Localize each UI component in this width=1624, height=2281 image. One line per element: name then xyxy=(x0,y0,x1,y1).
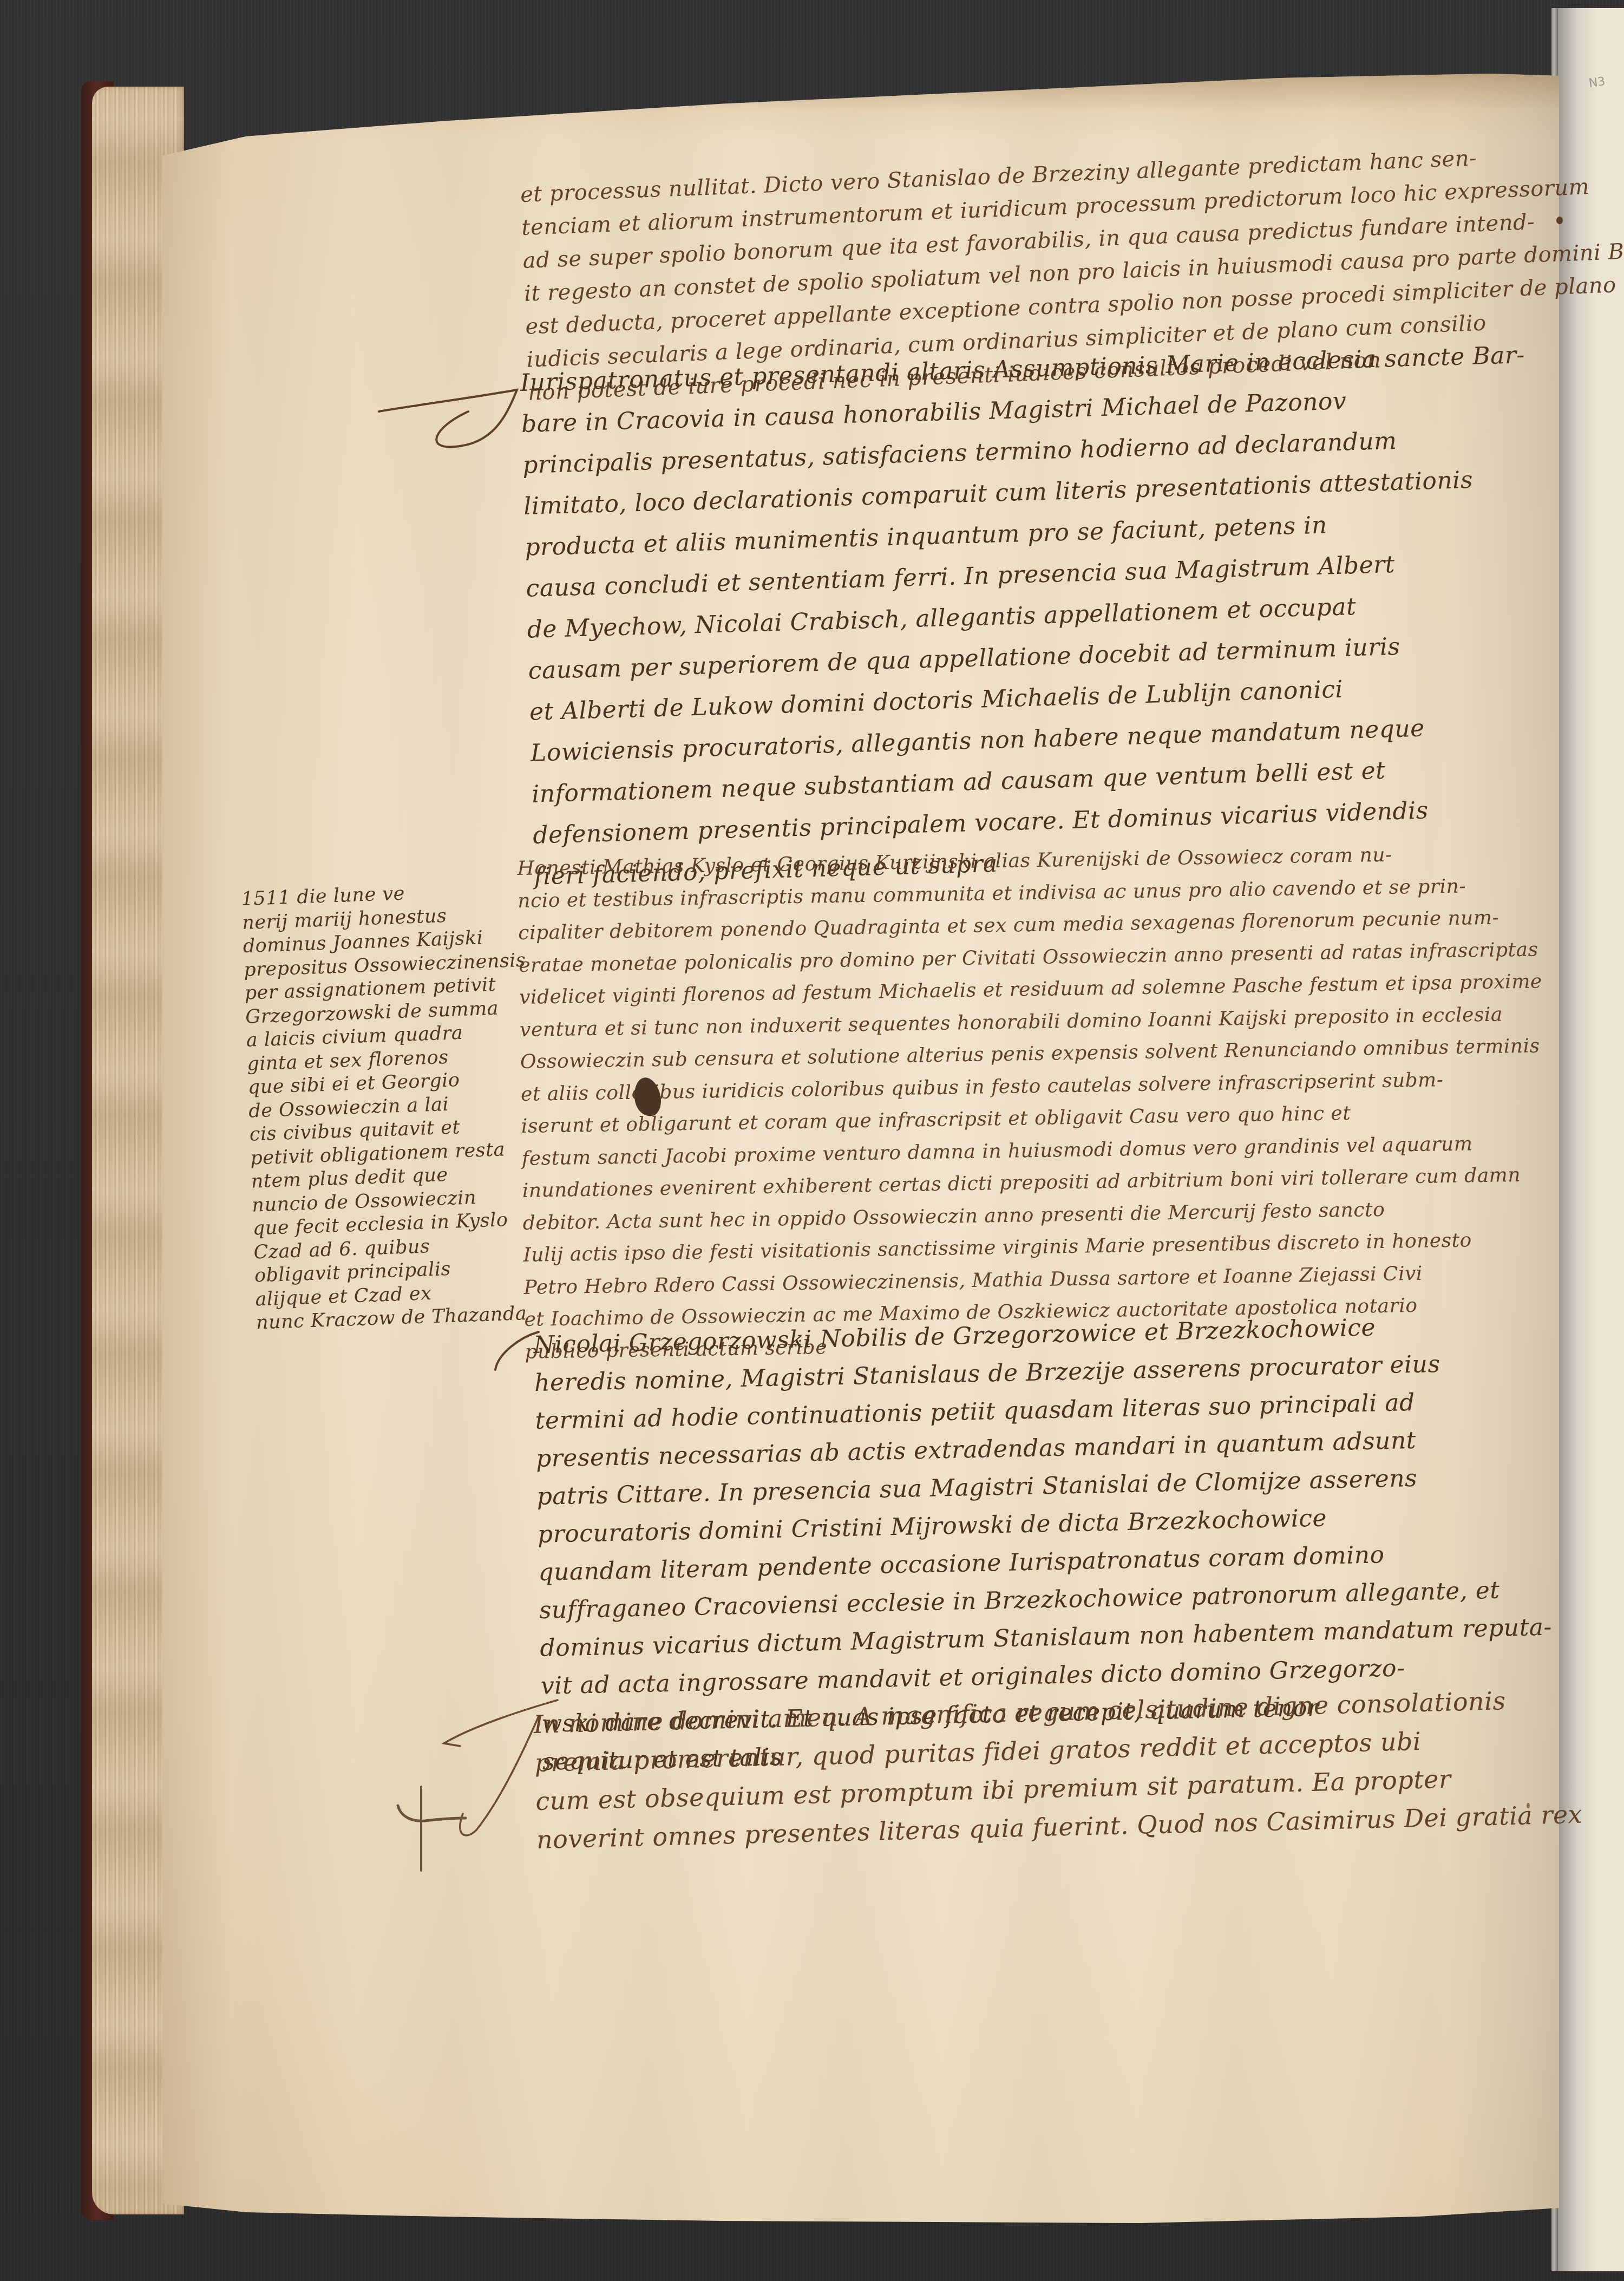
text-block-in-nomine: In nomine domini amen. A magnifica regum… xyxy=(533,1680,1583,1859)
text-block-ossowiec: Honesti Mathias Kyslo et Georgius Kurzij… xyxy=(517,836,1548,1368)
facing-page-mark: N3 xyxy=(1588,75,1606,90)
marginal-note: 1511 die lune ve nerij mariij honestus d… xyxy=(241,878,539,1335)
paragraph-flourish-icon xyxy=(374,384,536,466)
cross-mark-icon xyxy=(395,1781,471,1873)
text-block-iuspatronatus: Iurispatronatus et presentandi altaris A… xyxy=(520,335,1539,897)
ink-dot xyxy=(1556,217,1563,224)
ink-dot xyxy=(1527,1803,1530,1808)
